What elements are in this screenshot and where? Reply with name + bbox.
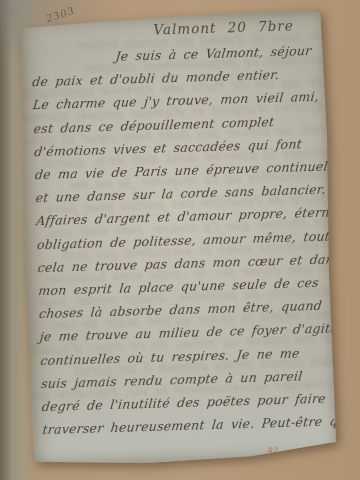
photograph-of-manuscript-letter: 2303 de paix et d'oubli du monde entier.… <box>0 0 360 480</box>
handwritten-text-block: Valmont 20 7bre Je suis à ce Valmont, sé… <box>31 18 330 442</box>
folio-number: 42 <box>267 446 278 456</box>
letter-paper-wrapper: de paix et d'oubli du monde entier. est … <box>17 10 336 467</box>
letter-paper: de paix et d'oubli du monde entier. est … <box>17 10 336 467</box>
date-line: Valmont 20 7bre <box>31 18 318 43</box>
